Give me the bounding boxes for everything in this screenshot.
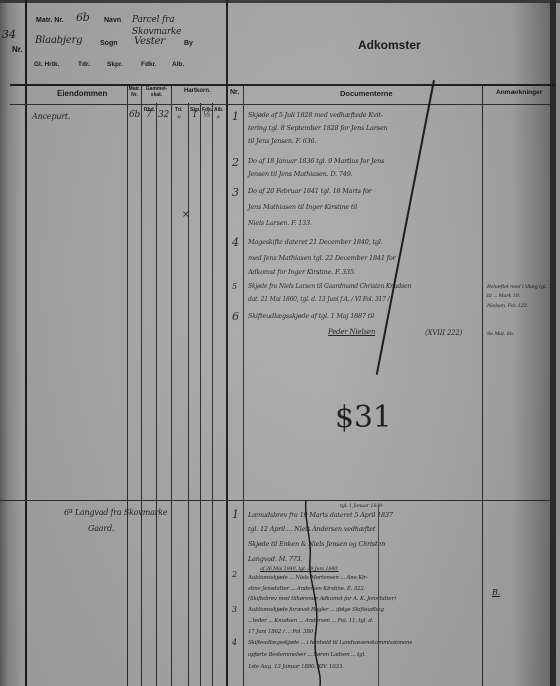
page-number: 34 xyxy=(2,28,16,41)
hk-label-skpr: Skpr. xyxy=(107,61,123,68)
rule-gskat2 xyxy=(156,103,157,686)
col-hartkorn: Hartkorn. xyxy=(184,88,211,94)
navn-label: Navn xyxy=(104,17,121,24)
rule-hk2 xyxy=(188,103,189,686)
rule-center xyxy=(226,0,228,686)
sogn-value: Vester xyxy=(134,36,165,47)
hk-label-gl: Gl. Hrtk. xyxy=(34,61,59,68)
s1-hk-td: » xyxy=(177,113,181,121)
matr-value: 6b xyxy=(76,11,90,24)
ledger-page: 34 Nr. Matr. Nr. 6b Navn Parcel fra Skov… xyxy=(0,0,556,686)
s1-remark-4: Se Mat. 6b. xyxy=(487,331,514,337)
s1-gskat-rbd: 7 xyxy=(146,110,152,120)
s1-remark-2: til ... Mark 18. xyxy=(487,293,520,299)
page-title: Adkomster xyxy=(358,38,421,52)
s2-entry-1-marginal: tgl. 1 Januar 1839 xyxy=(340,503,382,509)
hk-label-alb: Alb. xyxy=(172,61,184,68)
rule-hk1 xyxy=(171,85,172,686)
rule-hk3 xyxy=(200,103,201,686)
s1-remark-3: Nielsen, Fol. 122. xyxy=(487,303,528,309)
sogn-prefix: Blaabjerg xyxy=(35,35,82,46)
s1-gskat-sk: 32 xyxy=(158,110,169,120)
rule-section-divider xyxy=(0,500,556,501)
rule-gskat1 xyxy=(141,85,142,686)
sogn-label: Sogn xyxy=(100,40,118,47)
s1-hk-skp: 1 xyxy=(192,110,198,120)
rule-left xyxy=(25,0,27,686)
s2-property-line1: 6ª Langvad fra Skovmarke xyxy=(64,508,167,517)
s2-remark: B. xyxy=(492,588,500,597)
col-matr: Matr. Nr. xyxy=(128,86,141,98)
col-documenterne: Documenterne xyxy=(340,89,393,98)
s1-mark: × xyxy=(182,210,189,220)
rule-nr xyxy=(243,85,244,686)
binding-edge xyxy=(550,0,556,686)
rule-header-bottom xyxy=(10,104,555,105)
s1-hk-alb: » xyxy=(216,113,220,121)
s1-annotation: $31 xyxy=(335,400,392,435)
s2-cancel-line xyxy=(300,500,330,686)
col-eiendommen: Eiendommen xyxy=(57,89,107,98)
s2-property-line2: Gaard. xyxy=(88,524,114,533)
page-top-edge xyxy=(0,0,560,3)
s1-entry-6-ref: (XVIII 222) xyxy=(425,329,462,337)
col-gammelskat: Gammel-skat. xyxy=(142,86,171,98)
rule-matr xyxy=(127,85,128,686)
s1-property: Ancepurt. xyxy=(32,112,70,121)
matr-label: Matr. Nr. xyxy=(36,17,64,24)
rule-remarks xyxy=(482,85,483,686)
rule-hk4 xyxy=(212,103,213,686)
navn-value: Parcel fra Skovmarke xyxy=(132,14,217,38)
s1-remark-1: Behæftet med Udlæg tgl. ... xyxy=(487,283,552,291)
page-nr-label: Nr. xyxy=(12,45,23,54)
rule-header-top xyxy=(10,84,555,86)
col-anmaerkninger: Anmærkninger xyxy=(496,89,542,96)
s1-hk-fdk: ½ xyxy=(203,110,211,119)
hk-label-tdr: Tdr. xyxy=(78,61,90,68)
by-label: By xyxy=(184,40,193,47)
s1-matr: 6b xyxy=(129,110,140,120)
s2-faint-rule xyxy=(378,505,379,686)
col-nr: Nr. xyxy=(230,89,239,96)
hk-label-fdkr: Fdkr. xyxy=(141,61,157,68)
